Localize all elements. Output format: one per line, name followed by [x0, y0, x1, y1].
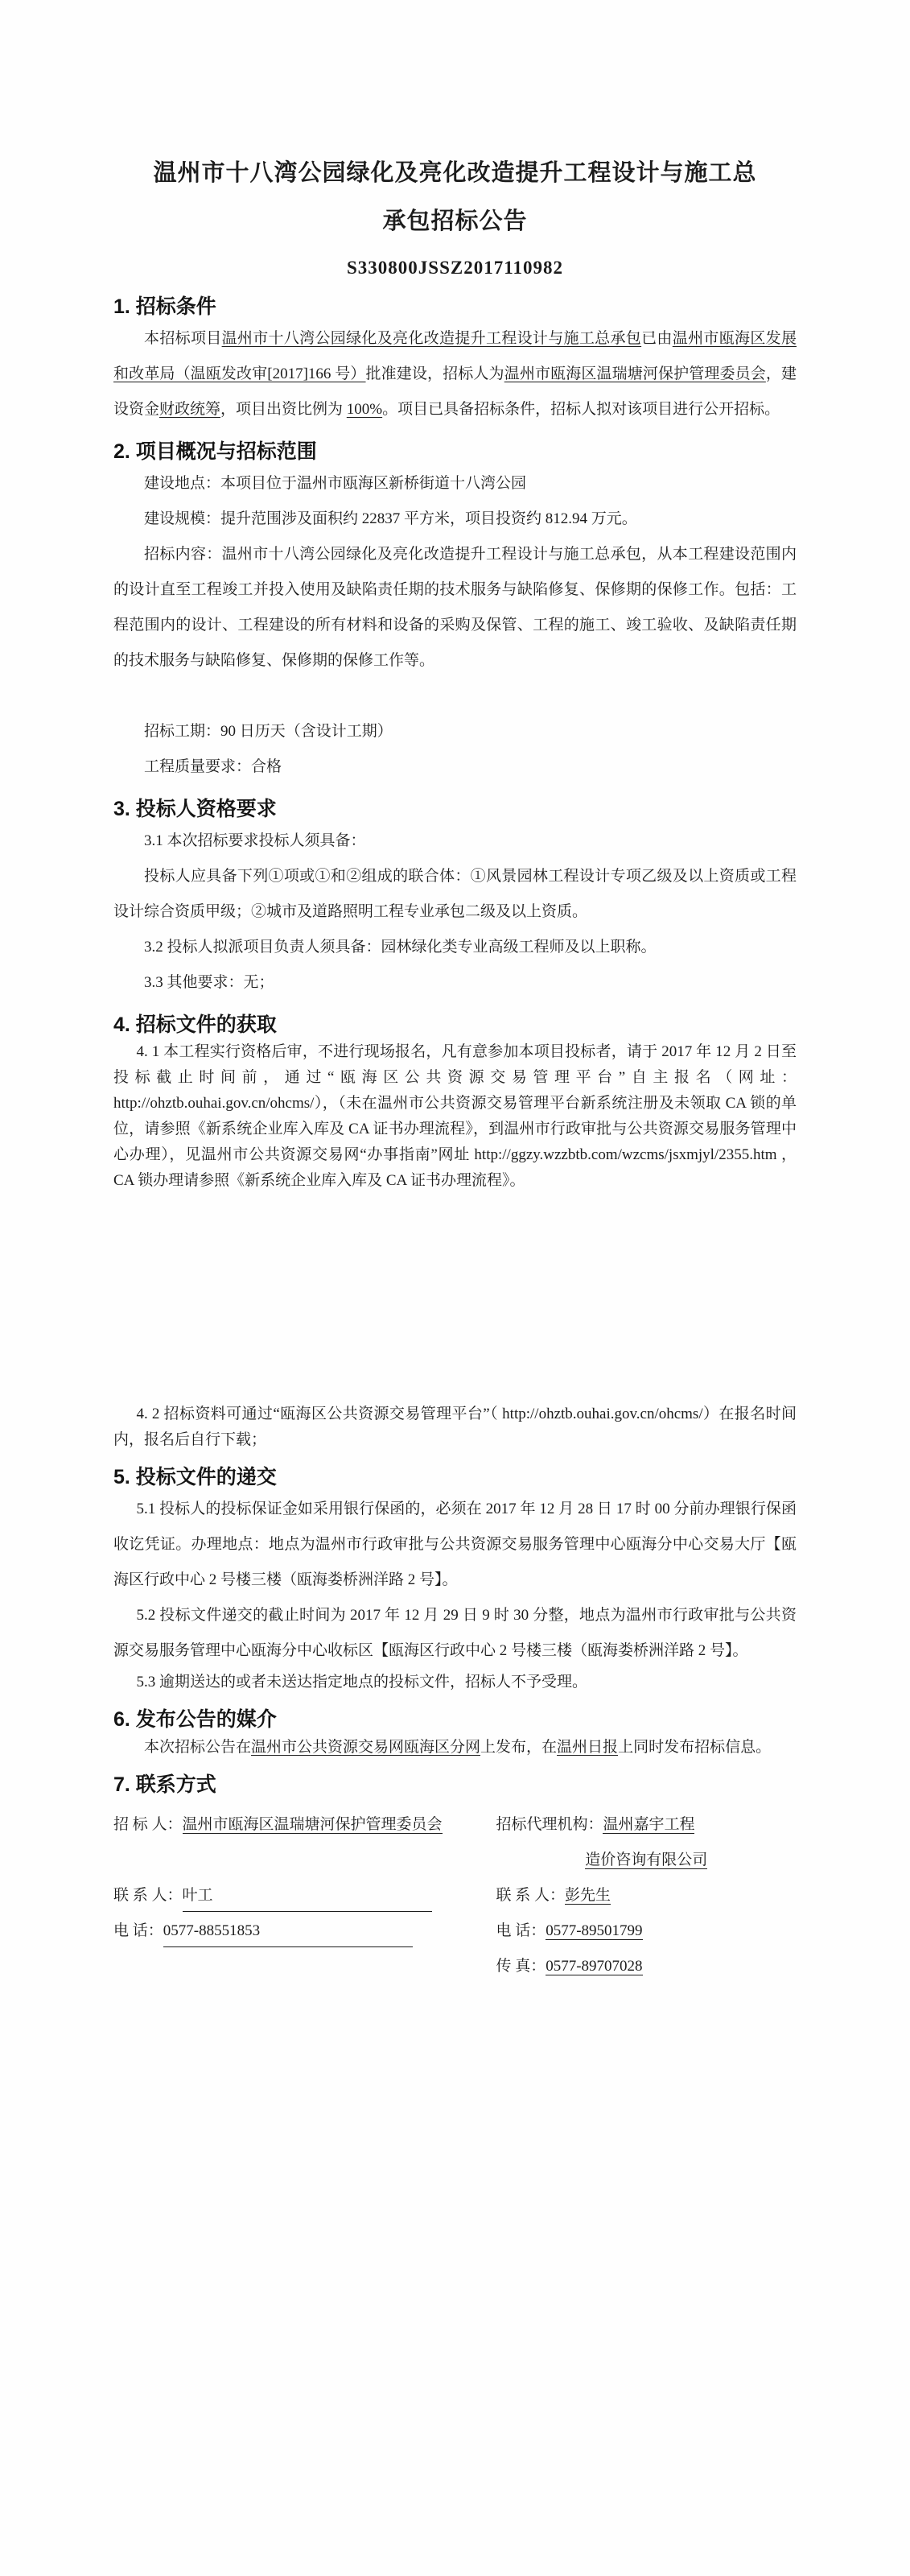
clause-4-1: 4. 1 本工程实行资格后审，不进行现场报名，凡有意参加本项目投标者，请于 20…	[113, 1039, 797, 1194]
clause-3-1: 3.1 本次招标要求投标人须具备：	[113, 824, 797, 859]
tender-content: 招标内容：温州市十八湾公园绿化及亮化改造提升工程设计与施工总承包，从本工程建设范…	[113, 537, 797, 679]
quality-requirement: 工程质量要求：合格	[113, 749, 797, 785]
document-title: 温州市十八湾公园绿化及亮化改造提升工程设计与施工总 承包招标公告	[113, 149, 797, 246]
announcement-media-paragraph: 本次招标公告在温州市公共资源交易网瓯海区分网上发布，在温州日报上同时发布招标信息…	[113, 1734, 797, 1761]
construction-location: 建设地点：本项目位于温州市瓯海区新桥街道十八湾公园	[113, 466, 797, 502]
empty-cell	[113, 1949, 496, 1984]
construction-scale: 建设规模：提升范围涉及面积约 22837 平方米，项目投资约 812.94 万元…	[113, 502, 797, 537]
agency-name-line2: 造价咨询有限公司	[585, 1851, 707, 1869]
agency-contact-row: 联 系 人：彭先生	[496, 1878, 797, 1913]
tenderer-row: 招 标 人：温州市瓯海区温瑞塘河保护管理委员会	[113, 1807, 496, 1878]
project-number: S330800JSSZ2017110982	[113, 254, 797, 283]
text: 本招标项目	[144, 330, 222, 347]
text: 上发布，在	[480, 1739, 557, 1756]
agency-fax-number: 0577-89707028	[546, 1958, 642, 1975]
agency-phone-label: 电 话：	[496, 1922, 546, 1939]
tenderer-name: 温州市瓯海区温瑞塘河保护管理委员会	[183, 1816, 443, 1834]
tenderer-phone-label: 电 话：	[113, 1922, 163, 1939]
agency-row: 招标代理机构：温州嘉宇工程 造价咨询有限公司	[496, 1807, 797, 1878]
section-1-heading: 1. 招标条件	[113, 292, 797, 321]
tender-duration: 招标工期：90 日历天（含设计工期）	[113, 714, 797, 749]
text: 批准建设，招标人为	[366, 365, 504, 382]
section-7-heading: 7. 联系方式	[113, 1770, 797, 1799]
underlined-text: 温州日报	[557, 1739, 618, 1756]
clause-3-2: 3.2 投标人拟派项目负责人须具备：园林绿化类专业高级工程师及以上职称。	[113, 930, 797, 965]
clause-5-3: 5.3 逾期送达的或者未送达指定地点的投标文件，招标人不予受理。	[113, 1669, 797, 1695]
tender-announcement-document: 温州市十八湾公园绿化及亮化改造提升工程设计与施工总 承包招标公告 S330800…	[0, 0, 910, 2576]
section-6-heading: 6. 发布公告的媒介	[113, 1705, 797, 1734]
title-line-1: 温州市十八湾公园绿化及亮化改造提升工程设计与施工总	[113, 149, 797, 197]
text: 已由	[641, 330, 673, 347]
tenderer-contact-row: 联 系 人：叶工	[113, 1878, 496, 1913]
title-line-2: 承包招标公告	[113, 197, 797, 246]
clause-4-2: 4. 2 招标资料可通过“瓯海区公共资源交易管理平台”（ http://ohzt…	[113, 1402, 797, 1453]
agency-label: 招标代理机构：	[496, 1816, 603, 1833]
clause-3-3: 3.3 其他要求：无；	[113, 965, 797, 1001]
section-2-heading: 2. 项目概况与招标范围	[113, 437, 797, 466]
tenderer-phone-number: 0577-88551853	[163, 1916, 413, 1947]
tenderer-phone-row: 电 话：0577-88551853	[113, 1913, 496, 1949]
clause-5-1: 5.1 投标人的投标保证金如采用银行保函的，必须在 2017 年 12 月 28…	[113, 1492, 797, 1598]
underlined-text: 100%	[347, 401, 382, 418]
agency-name-line2-wrap: 造价咨询有限公司	[496, 1843, 797, 1878]
contact-info-table: 招 标 人：温州市瓯海区温瑞塘河保护管理委员会 招标代理机构：温州嘉宇工程 造价…	[113, 1807, 797, 1984]
tenderer-label: 招 标 人：	[113, 1816, 183, 1833]
agency-phone-row: 电 话：0577-89501799	[496, 1913, 797, 1949]
section-4-heading: 4. 招标文件的获取	[113, 1010, 797, 1039]
underlined-text: 温州市公共资源交易网瓯海区分网	[251, 1739, 480, 1756]
agency-fax-row: 传 真：0577-89707028	[496, 1949, 797, 1984]
underlined-text: 财政统筹	[159, 401, 220, 418]
agency-phone-number: 0577-89501799	[546, 1922, 642, 1940]
agency-contact-name: 彭先生	[565, 1887, 611, 1905]
tenderer-contact-label: 联 系 人：	[113, 1887, 183, 1904]
text: 。项目已具备招标条件，招标人拟对该项目进行公开招标。	[382, 401, 780, 418]
section-1-paragraph: 本招标项目温州市十八湾公园绿化及亮化改造提升工程设计与施工总承包已由温州市瓯海区…	[113, 321, 797, 427]
agency-contact-label: 联 系 人：	[496, 1887, 565, 1904]
tenderer-contact-name: 叶工	[183, 1880, 432, 1912]
clause-5-2: 5.2 投标文件递交的截止时间为 2017 年 12 月 29 日 9 时 30…	[113, 1598, 797, 1669]
agency-name-line1: 温州嘉宇工程	[603, 1816, 694, 1834]
page-break-gap	[113, 1194, 797, 1402]
text: 上同时发布招标信息。	[618, 1739, 771, 1756]
underlined-text: 温州市瓯海区温瑞塘河保护管理委员会	[504, 365, 766, 382]
text: 本次招标公告在	[144, 1739, 251, 1756]
clause-3-1-detail: 投标人应具备下列①项或①和②组成的联合体：①风景园林工程设计专项乙级及以上资质或…	[113, 859, 797, 930]
text: ，项目出资比例为	[220, 401, 347, 418]
underlined-text: 温州市十八湾公园绿化及亮化改造提升工程设计与施工总承包	[222, 330, 642, 347]
section-5-heading: 5. 投标文件的递交	[113, 1463, 797, 1492]
section-3-heading: 3. 投标人资格要求	[113, 795, 797, 824]
agency-fax-label: 传 真：	[496, 1958, 546, 1975]
